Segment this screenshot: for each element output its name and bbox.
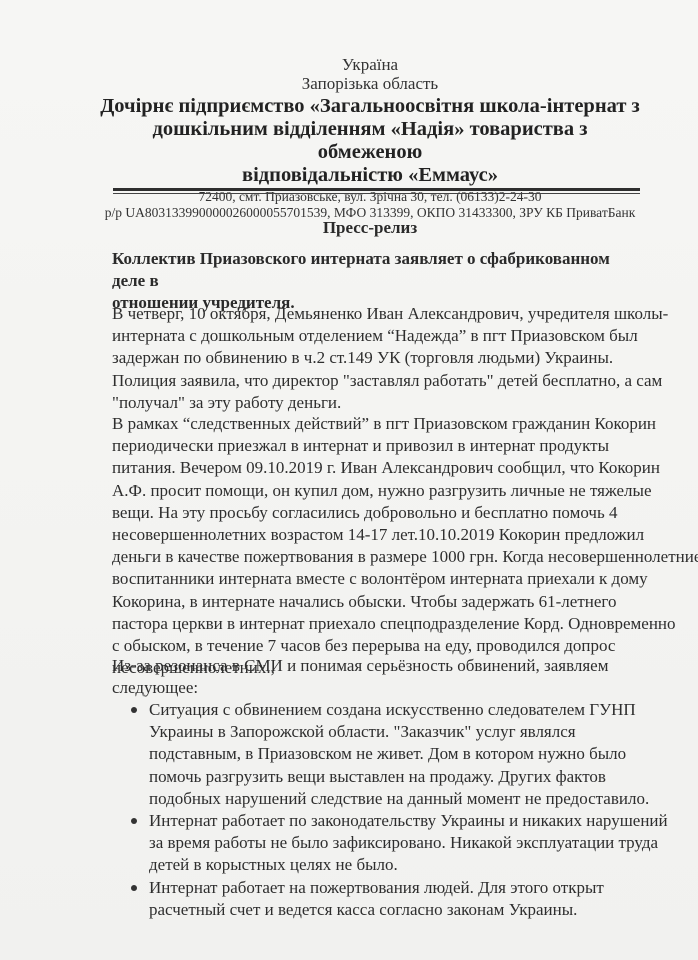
text-line: питания. Вечером 09.10.2019 г. Иван Алек…	[112, 457, 637, 479]
letterhead-organization: Дочірнє підприємство «Загальноосвітня шк…	[100, 95, 640, 187]
text-line: с обыском, в течение 7 часов без перерыв…	[112, 635, 637, 657]
text-line: Интернат работает по законодательству Ук…	[149, 810, 637, 832]
text-line: следующее:	[112, 677, 637, 699]
text-line: В четверг, 10 октября, Демьяненко Иван А…	[112, 303, 637, 325]
bullet-dot-icon	[131, 885, 137, 891]
letterhead-region: Запорізька область	[100, 74, 640, 94]
text-line: "получал" за эту работу деньги.	[112, 392, 637, 414]
headline-line: Коллектив Приазовского интерната заявляе…	[112, 248, 632, 292]
organization-line: дошкільним відділенням «Надія» товариств…	[100, 118, 640, 164]
bullet-item: Ситуация с обвинением создана искусствен…	[112, 699, 637, 810]
text-line: несовершеннолетних возрастом 14-17 лет.1…	[112, 524, 637, 546]
bullet-dot-icon	[131, 818, 137, 824]
text-line: пастора церкви в интернат приехало спецп…	[112, 613, 637, 635]
text-line: детей в корыстных целях не было.	[149, 854, 637, 876]
letterhead-divider	[113, 188, 640, 194]
letterhead: Україна Запорізька область Дочірнє підпр…	[100, 55, 640, 221]
paragraph-arrest: В четверг, 10 октября, Демьяненко Иван А…	[112, 303, 637, 414]
text-line: расчетный счет и ведется касса согласно …	[149, 899, 637, 921]
text-line: Украины в Запорожской области. "Заказчик…	[149, 721, 637, 743]
text-line: подставным, в Приазовском не живет. Дом …	[149, 743, 637, 765]
text-line: задержан по обвинению в ч.2 ст.149 УК (т…	[112, 347, 637, 369]
bullet-item: Интернат работает на пожертвования людей…	[112, 877, 637, 921]
text-line: интерната с дошкольным отделением “Надеж…	[112, 325, 637, 347]
statement-bullet-list: Ситуация с обвинением создана искусствен…	[112, 699, 637, 921]
paragraph-statement-intro: Из-за резонанса в СМИ и понимая серьёзно…	[112, 655, 637, 699]
text-line: за время работы не было зафиксировано. Н…	[149, 832, 637, 854]
text-line: Полиция заявила, что директор "заставлял…	[112, 370, 637, 392]
text-line: деньги в качестве пожертвования в размер…	[112, 546, 637, 568]
bullet-item: Интернат работает по законодательству Ук…	[112, 810, 637, 877]
text-line: А.Ф. просит помощи, он купил дом, нужно …	[112, 480, 637, 502]
text-line: периодически приезжал в интернат и приво…	[112, 435, 637, 457]
scanned-document-page: Україна Запорізька область Дочірнє підпр…	[0, 0, 698, 960]
text-line: Кокорина, в интернате начались обыски. Ч…	[112, 591, 637, 613]
text-line: подобных нарушений следствие на данный м…	[149, 788, 637, 810]
paragraph-investigation: В рамках “следственных действий” в пгт П…	[112, 413, 637, 679]
document-title: Пресс-релиз	[100, 218, 640, 238]
text-line: Из-за резонанса в СМИ и понимая серьёзно…	[112, 655, 637, 677]
divider-thin-line	[113, 193, 640, 194]
letterhead-country: Україна	[100, 55, 640, 74]
text-line: Ситуация с обвинением создана искусствен…	[149, 699, 637, 721]
text-line: В рамках “следственных действий” в пгт П…	[112, 413, 637, 435]
text-line: воспитанники интерната вместе с волонтёр…	[112, 568, 637, 590]
organization-line: відповідальністю «Еммаус»	[100, 164, 640, 187]
text-line: вещи. На эту просьбу согласились доброво…	[112, 502, 637, 524]
organization-line: Дочірнє підприємство «Загальноосвітня шк…	[100, 95, 640, 118]
text-line: Интернат работает на пожертвования людей…	[149, 877, 637, 899]
bullet-dot-icon	[131, 707, 137, 713]
text-line: помочь разгрузить вещи выставлен на прод…	[149, 766, 637, 788]
